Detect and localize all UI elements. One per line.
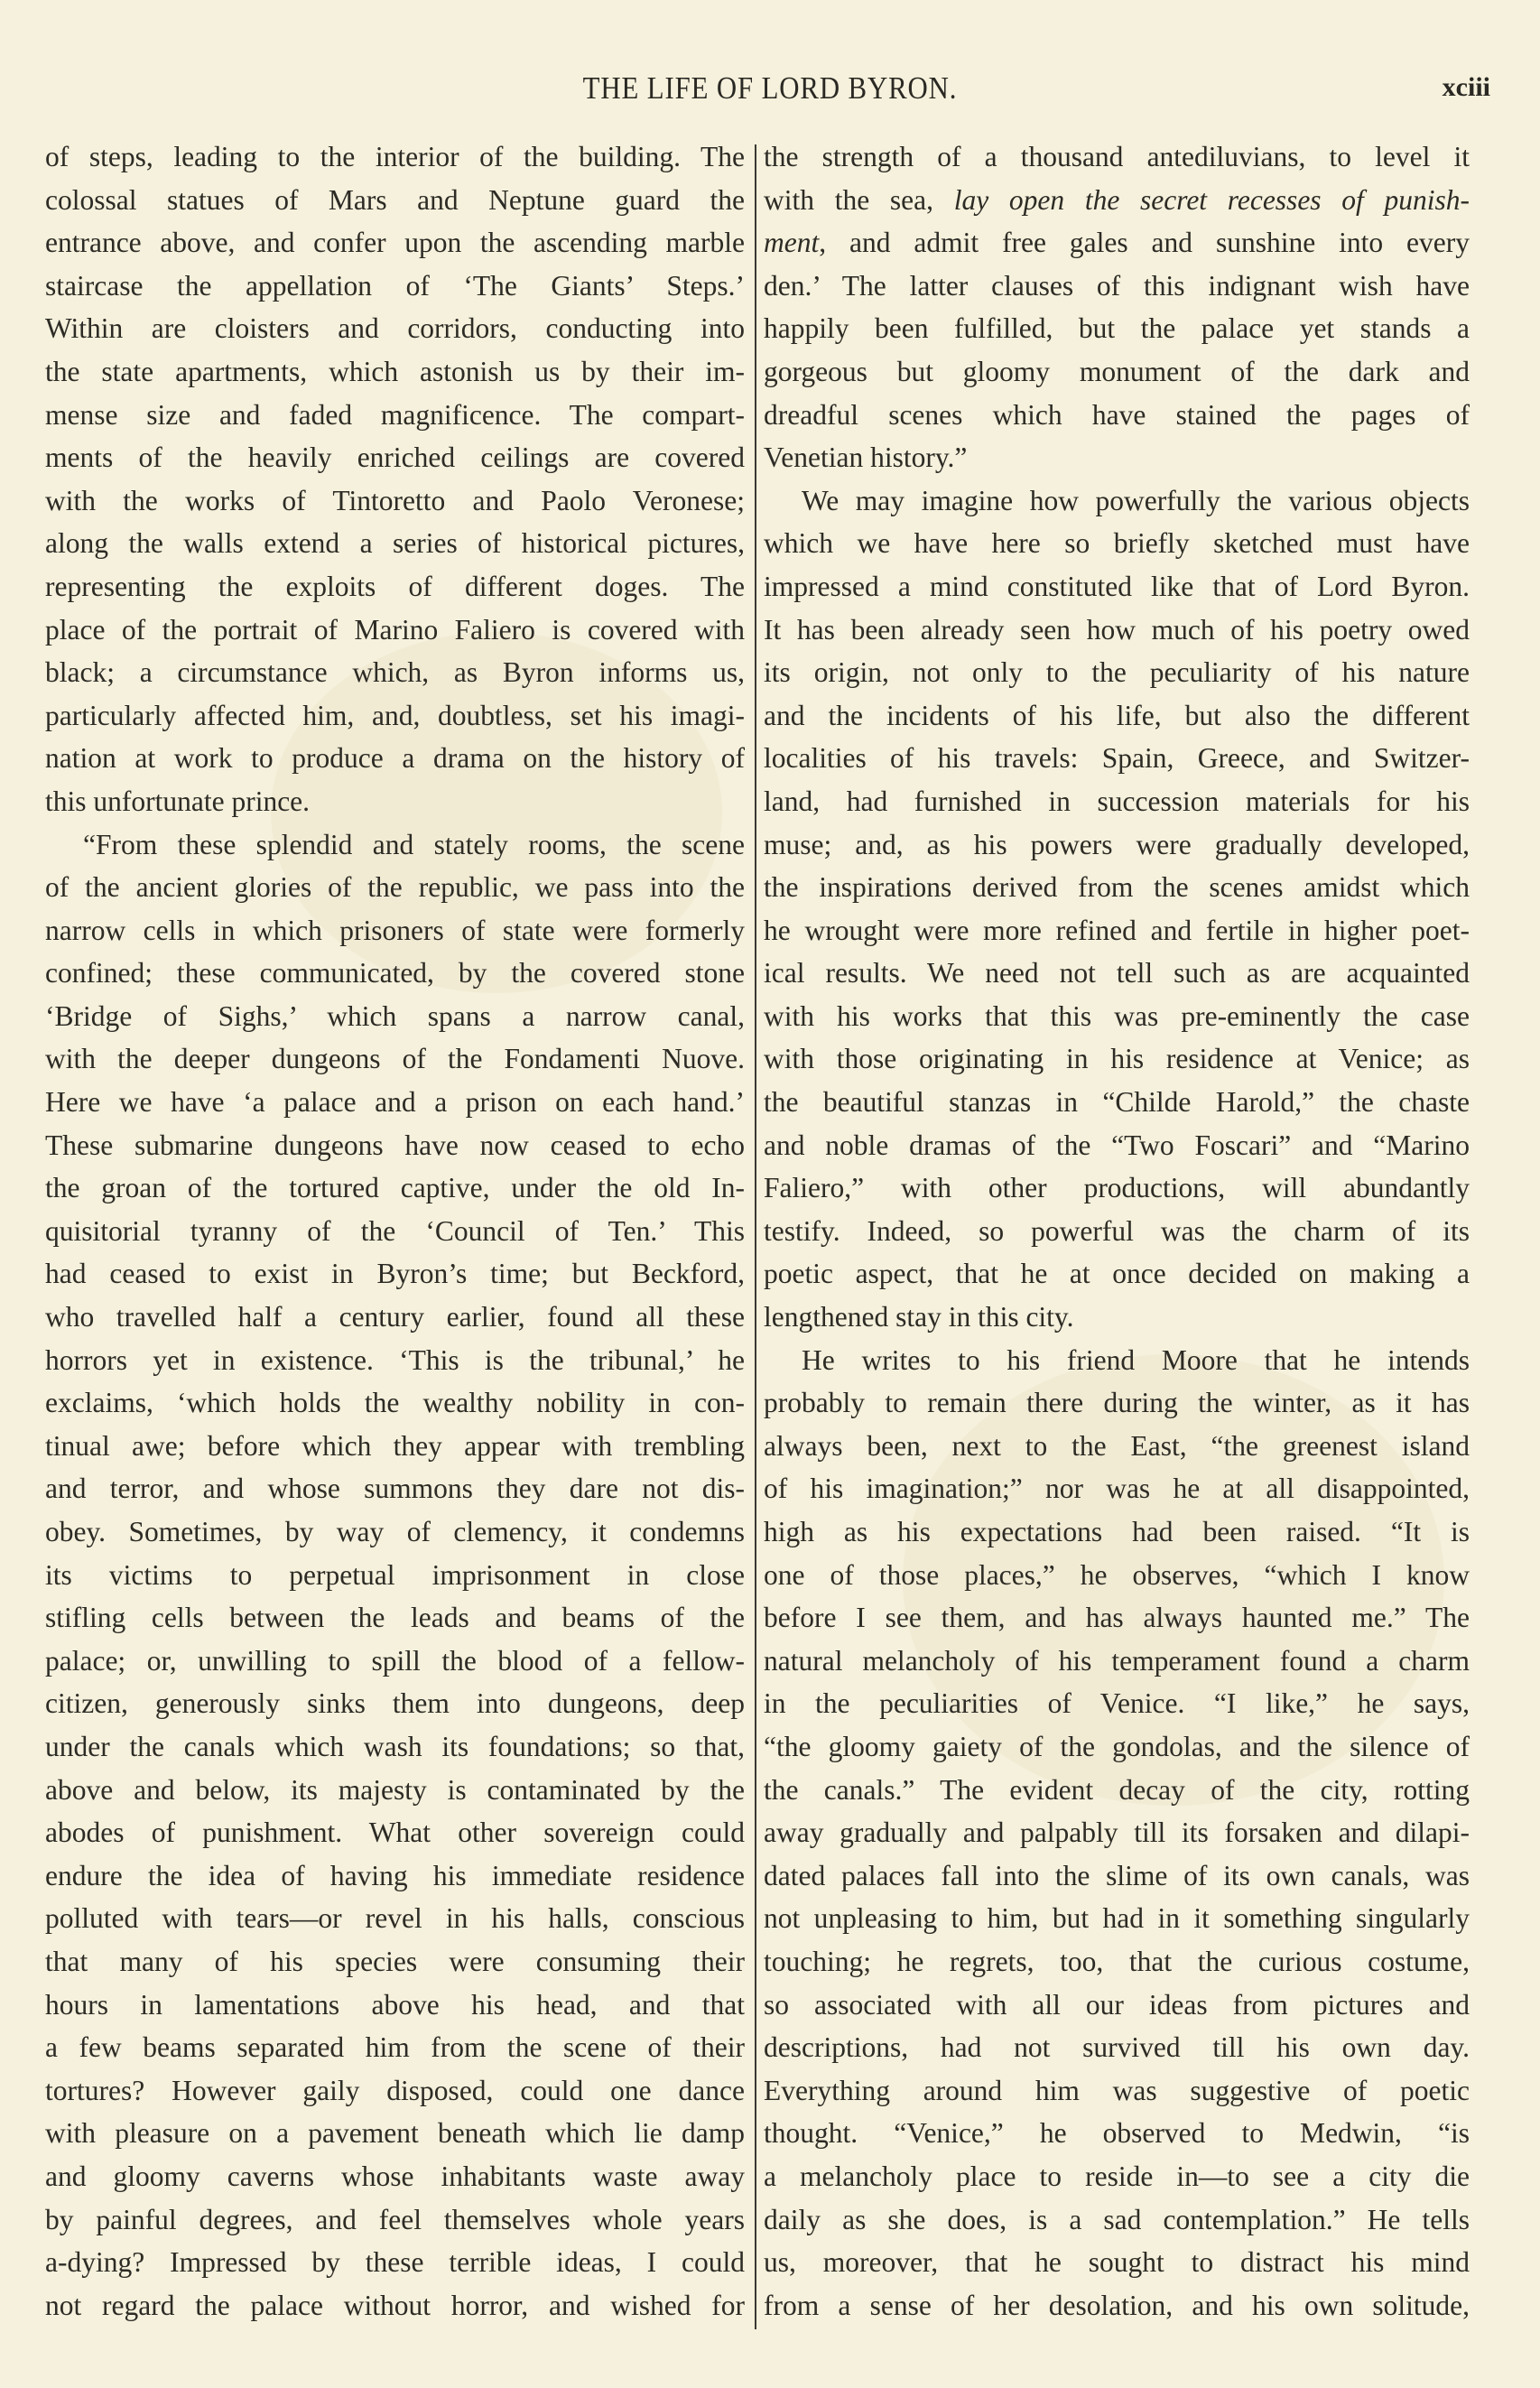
text-line: quisitorial tyranny of the ‘Council of T… <box>45 1210 745 1253</box>
text-span: It has been already seen how much of his… <box>764 614 1470 646</box>
text-line: These submarine dungeons have now ceased… <box>45 1124 745 1167</box>
text-span: Venetian history.” <box>764 441 967 473</box>
text-span: impressed a mind constituted like that o… <box>764 571 1470 602</box>
text-line: and noble dramas of the “Two Foscari” an… <box>764 1124 1470 1167</box>
text-line: not unpleasing to him, but had in it som… <box>764 1897 1470 1940</box>
text-span: , and admit free gales and sunshine into… <box>819 227 1470 258</box>
text-line: away gradually and palpably till its for… <box>764 1811 1470 1854</box>
text-line: daily as she does, is a sad contemplatio… <box>764 2198 1470 2242</box>
text-line: polluted with tears—or revel in his hall… <box>45 1897 745 1940</box>
text-span: and the incidents of his life, but also … <box>764 700 1470 731</box>
text-line: mense size and faded magnificence. The c… <box>45 394 745 437</box>
text-line: thought. “Venice,” he observed to Medwin… <box>764 2112 1470 2155</box>
text-span: the inspirations derived from the scenes… <box>764 871 1470 903</box>
text-span: with his works that this was pre-eminent… <box>764 1000 1470 1032</box>
text-line: Everything around him was suggestive of … <box>764 2069 1470 2113</box>
text-line: ‘Bridge of Sighs,’ which spans a narrow … <box>45 995 745 1038</box>
text-span: testify. Indeed, so powerful was the cha… <box>764 1215 1470 1247</box>
text-line: of steps, leading to the interior of the… <box>45 135 745 179</box>
text-span: dated palaces fall into the slime of its… <box>764 1860 1470 1891</box>
text-span: gorgeous but gloomy monument of the dark… <box>764 356 1470 387</box>
text-span: happily been fulfilled, but the palace y… <box>764 312 1470 344</box>
left-column: of steps, leading to the interior of the… <box>45 135 745 2327</box>
text-span: away gradually and palpably till its for… <box>764 1817 1470 1848</box>
text-line: gorgeous but gloomy monument of the dark… <box>764 350 1470 394</box>
text-line: he wrought were more refined and fertile… <box>764 909 1470 952</box>
text-span: always been, next to the East, “the gree… <box>764 1430 1470 1462</box>
text-line: impressed a mind constituted like that o… <box>764 565 1470 609</box>
text-span: in the peculiarities of Venice. “I like,… <box>764 1687 1470 1719</box>
text-line: hours in lamentations above his head, an… <box>45 1984 745 2027</box>
text-line: palace; or, unwilling to spill the blood… <box>45 1640 745 1683</box>
text-span: dreadful scenes which have stained the p… <box>764 399 1470 431</box>
text-span: from a sense of her desolation, and his … <box>764 2290 1470 2321</box>
text-line: this unfortunate prince. <box>45 780 745 823</box>
text-line: with those originating in his residence … <box>764 1037 1470 1081</box>
text-line: the strength of a thousand antediluvians… <box>764 135 1470 179</box>
text-line: poetic aspect, that he at once decided o… <box>764 1252 1470 1296</box>
text-span: ical results. We need not tell such as a… <box>764 957 1470 989</box>
text-line: localities of his travels: Spain, Greece… <box>764 737 1470 780</box>
text-line: who travelled half a century earlier, fo… <box>45 1296 745 1339</box>
text-line: the beautiful stanzas in “Childe Harold,… <box>764 1081 1470 1124</box>
text-span: which we have here so briefly sketched m… <box>764 527 1470 559</box>
text-line: abodes of punishment. What other soverei… <box>45 1811 745 1854</box>
text-span: daily as she does, is a sad contemplatio… <box>764 2204 1470 2235</box>
text-span: probably to remain there during the wint… <box>764 1387 1470 1418</box>
text-line: narrow cells in which prisoners of state… <box>45 909 745 952</box>
column-divider <box>755 144 756 2329</box>
text-line: above and below, its majesty is contamin… <box>45 1769 745 1812</box>
text-line: the groan of the tortured captive, under… <box>45 1166 745 1210</box>
text-span: with the sea, <box>764 184 954 216</box>
text-line: which we have here so briefly sketched m… <box>764 522 1470 565</box>
text-line: with pleasure on a pavement beneath whic… <box>45 2112 745 2155</box>
text-line: Venetian history.” <box>764 436 1470 479</box>
text-span: us, moreover, that he sought to distract… <box>764 2246 1470 2278</box>
text-line: the state apartments, which astonish us … <box>45 350 745 394</box>
text-line: before I see them, and has always haunte… <box>764 1596 1470 1640</box>
text-line: tinual awe; before which they appear wit… <box>45 1425 745 1468</box>
text-span: the strength of a thousand antediluvians… <box>764 141 1470 172</box>
text-line: dated palaces fall into the slime of its… <box>764 1854 1470 1898</box>
text-line: a melancholy place to reside in—to see a… <box>764 2155 1470 2198</box>
text-line: We may imagine how powerfully the variou… <box>764 479 1470 523</box>
text-line: He writes to his friend Moore that he in… <box>764 1339 1470 1382</box>
text-span: touching; he regrets, too, that the curi… <box>764 1946 1470 1977</box>
text-span: Faliero,” with other productions, will a… <box>764 1172 1470 1203</box>
text-line: entrance above, and confer upon the asce… <box>45 221 745 265</box>
text-span: high as his expectations had been raised… <box>764 1516 1470 1547</box>
text-line: Faliero,” with other productions, will a… <box>764 1166 1470 1210</box>
text-span: so associated with all our ideas from pi… <box>764 1989 1470 2021</box>
text-line: the inspirations derived from the scenes… <box>764 866 1470 909</box>
text-line: along the walls extend a series of histo… <box>45 522 745 565</box>
text-line: and terror, and whose summons they dare … <box>45 1467 745 1510</box>
text-line: with the works of Tintoretto and Paolo V… <box>45 479 745 523</box>
text-line: a few beams separated him from the scene… <box>45 2026 745 2069</box>
text-span: of his imagination;” nor was he at all d… <box>764 1473 1470 1504</box>
text-line: testify. Indeed, so powerful was the cha… <box>764 1210 1470 1253</box>
text-line: tortures? However gaily disposed, could … <box>45 2069 745 2113</box>
text-line: one of those places,” he observes, “whic… <box>764 1554 1470 1597</box>
text-line: not regard the palace without horror, an… <box>45 2284 745 2328</box>
text-line: a-dying? Impressed by these terrible ide… <box>45 2241 745 2284</box>
text-line: endure the idea of having his immediate … <box>45 1854 745 1898</box>
text-line: nation at work to produce a drama on the… <box>45 737 745 780</box>
text-line: colossal statues of Mars and Neptune gua… <box>45 179 745 222</box>
text-span: lengthened stay in this city. <box>764 1301 1074 1333</box>
text-span: one of those places,” he observes, “whic… <box>764 1559 1470 1591</box>
text-line: had ceased to exist in Byron’s time; but… <box>45 1252 745 1296</box>
text-line: that many of his species were consuming … <box>45 1940 745 1984</box>
text-line: with the sea, lay open the secret recess… <box>764 179 1470 222</box>
text-line: high as his expectations had been raised… <box>764 1510 1470 1554</box>
text-line: and the incidents of his life, but also … <box>764 694 1470 738</box>
text-span: its origin, not only to the peculiarity … <box>764 656 1470 688</box>
text-line: us, moreover, that he sought to distract… <box>764 2241 1470 2284</box>
text-span: “the gloomy gaiety of the gondolas, and … <box>764 1731 1470 1762</box>
text-span: descriptions, had not survived till his … <box>764 2031 1470 2063</box>
text-line: land, had furnished in succession materi… <box>764 780 1470 823</box>
text-line: ical results. We need not tell such as a… <box>764 952 1470 995</box>
text-line: by painful degrees, and feel themselves … <box>45 2198 745 2242</box>
text-line: representing the exploits of different d… <box>45 565 745 609</box>
running-title: THE LIFE OF LORD BYRON. <box>92 70 1447 107</box>
text-line: of his imagination;” nor was he at all d… <box>764 1467 1470 1510</box>
italic-text: ment <box>764 227 819 258</box>
text-line: descriptions, had not survived till his … <box>764 2026 1470 2069</box>
text-line: particularly affected him, and, doubtles… <box>45 694 745 738</box>
right-column: the strength of a thousand antediluvians… <box>764 135 1470 2327</box>
text-span: We may imagine how powerfully the variou… <box>802 485 1470 516</box>
text-line: obey. Sometimes, by way of clemency, it … <box>45 1510 745 1554</box>
text-span: before I see them, and has always haunte… <box>764 1602 1470 1633</box>
text-line: natural melancholy of his temperament fo… <box>764 1640 1470 1683</box>
text-span: land, had furnished in succession materi… <box>764 785 1470 817</box>
text-line: of the ancient glories of the republic, … <box>45 866 745 909</box>
text-line: the canals.” The evident decay of the ci… <box>764 1769 1470 1812</box>
page-header: THE LIFE OF LORD BYRON. xciii <box>0 70 1540 116</box>
text-span: localities of his travels: Spain, Greece… <box>764 742 1470 774</box>
text-line: and gloomy caverns whose inhabitants was… <box>45 2155 745 2198</box>
text-line: “the gloomy gaiety of the gondolas, and … <box>764 1725 1470 1769</box>
text-line: with the deeper dungeons of the Fondamen… <box>45 1037 745 1081</box>
text-span: he wrought were more refined and fertile… <box>764 915 1470 946</box>
text-line: lengthened stay in this city. <box>764 1296 1470 1339</box>
text-line: place of the portrait of Marino Faliero … <box>45 609 745 652</box>
text-span: natural melancholy of his temperament fo… <box>764 1645 1470 1677</box>
text-span: Everything around him was suggestive of … <box>764 2075 1470 2106</box>
text-line: Here we have ‘a palace and a prison on e… <box>45 1081 745 1124</box>
text-line: muse; and, as his powers were gradually … <box>764 823 1470 867</box>
text-span: and noble dramas of the “Two Foscari” an… <box>764 1129 1470 1161</box>
text-line: confined; these communicated, by the cov… <box>45 952 745 995</box>
text-line: its origin, not only to the peculiarity … <box>764 651 1470 694</box>
text-line: touching; he regrets, too, that the curi… <box>764 1940 1470 1984</box>
text-line: exclaims, ‘which holds the wealthy nobil… <box>45 1381 745 1425</box>
text-span: a melancholy place to reside in—to see a… <box>764 2160 1470 2192</box>
text-line: ments of the heavily enriched ceilings a… <box>45 436 745 479</box>
text-line: with his works that this was pre-eminent… <box>764 995 1470 1038</box>
italic-text: lay open the secret recesses of punish- <box>954 184 1470 216</box>
text-span: not unpleasing to him, but had in it som… <box>764 1902 1470 1934</box>
text-span: He writes to his friend Moore that he in… <box>802 1344 1470 1376</box>
text-line: stifling cells between the leads and bea… <box>45 1596 745 1640</box>
text-span: muse; and, as his powers were gradually … <box>764 829 1470 860</box>
text-line: probably to remain there during the wint… <box>764 1381 1470 1425</box>
text-span: den.’ The latter clauses of this indigna… <box>764 270 1470 302</box>
text-line: black; a circumstance which, as Byron in… <box>45 651 745 694</box>
text-line: “From these splendid and stately rooms, … <box>45 823 745 867</box>
text-line: dreadful scenes which have stained the p… <box>764 394 1470 437</box>
text-line: citizen, generously sinks them into dung… <box>45 1682 745 1725</box>
text-line: It has been already seen how much of his… <box>764 609 1470 652</box>
text-line: ment, and admit free gales and sunshine … <box>764 221 1470 265</box>
text-line: from a sense of her desolation, and his … <box>764 2284 1470 2328</box>
text-span: with those originating in his residence … <box>764 1043 1470 1074</box>
page-number: xciii <box>1443 72 1490 103</box>
text-line: in the peculiarities of Venice. “I like,… <box>764 1682 1470 1725</box>
text-span: the beautiful stanzas in “Childe Harold,… <box>764 1086 1470 1118</box>
text-span: the canals.” The evident decay of the ci… <box>764 1774 1470 1806</box>
text-line: so associated with all our ideas from pi… <box>764 1984 1470 2027</box>
text-line: horrors yet in existence. ‘This is the t… <box>45 1339 745 1382</box>
text-line: den.’ The latter clauses of this indigna… <box>764 265 1470 308</box>
text-span: thought. “Venice,” he observed to Medwin… <box>764 2117 1470 2149</box>
text-span: poetic aspect, that he at once decided o… <box>764 1258 1470 1289</box>
text-line: happily been fulfilled, but the palace y… <box>764 307 1470 350</box>
text-line: staircase the appellation of ‘The Giants… <box>45 265 745 308</box>
text-line: Within are cloisters and corridors, cond… <box>45 307 745 350</box>
text-line: under the canals which wash its foundati… <box>45 1725 745 1769</box>
text-line: its victims to perpetual imprisonment in… <box>45 1554 745 1597</box>
text-line: always been, next to the East, “the gree… <box>764 1425 1470 1468</box>
